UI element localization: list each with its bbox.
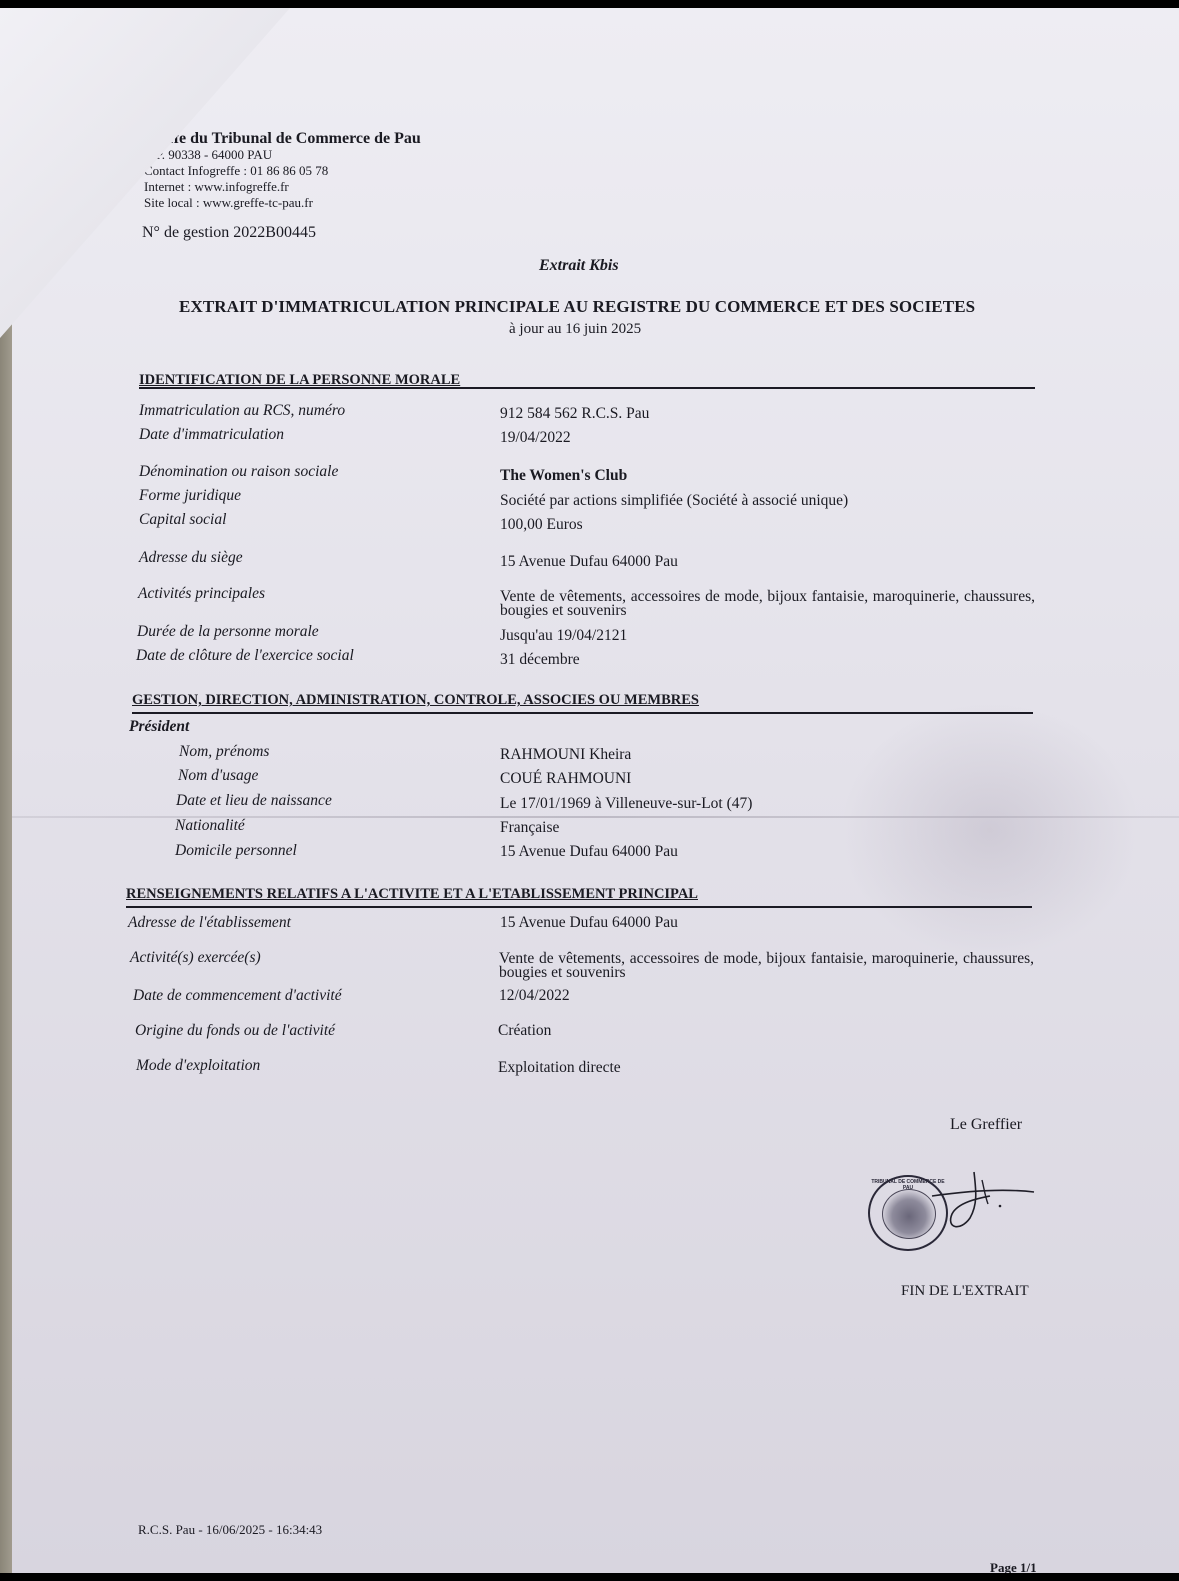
- activity-start-date: 12/04/2022: [499, 987, 570, 1005]
- greffier-label: Le Greffier: [950, 1116, 1022, 1134]
- field-label: Immatriculation au RCS, numéro: [139, 402, 345, 420]
- fiscal-year-end: 31 décembre: [500, 651, 580, 669]
- field-label: Origine du fonds ou de l'activité: [135, 1022, 335, 1040]
- field-label: Nationalité: [175, 817, 245, 835]
- president-address: 15 Avenue Dufau 64000 Pau: [500, 843, 678, 861]
- company-name: The Women's Club: [500, 467, 627, 485]
- court-name: Greffe du Tribunal de Commerce de Pau: [142, 130, 421, 148]
- field-label: Nom d'usage: [178, 767, 258, 785]
- main-activities: Vente de vêtements, accessoires de mode,…: [500, 590, 1035, 618]
- fund-origin: Création: [498, 1022, 551, 1040]
- section-activity-title: RENSEIGNEMENTS RELATIFS A L'ACTIVITE ET …: [126, 886, 698, 903]
- page-number: Page 1/1: [990, 1560, 1037, 1573]
- gestion-number: N° de gestion 2022B00445: [142, 224, 316, 242]
- field-label: Mode d'exploitation: [136, 1057, 260, 1075]
- section-rule: [126, 906, 1032, 908]
- local-site-link: Site local : www.greffe-tc-pau.fr: [144, 195, 313, 211]
- field-label: Date d'immatriculation: [139, 426, 284, 444]
- field-label: Date de commencement d'activité: [133, 987, 342, 1005]
- registration-date: 19/04/2022: [500, 429, 571, 447]
- end-of-extract: FIN DE L'EXTRAIT: [901, 1283, 1029, 1300]
- establishment-address: 15 Avenue Dufau 64000 Pau: [500, 914, 678, 932]
- head-office-address: 15 Avenue Dufau 64000 Pau: [500, 553, 678, 571]
- president-nationality: Française: [500, 819, 559, 837]
- field-label: Adresse du siège: [139, 549, 243, 567]
- president-name: RAHMOUNI Kheira: [500, 746, 631, 764]
- section-rule: [139, 387, 1035, 389]
- field-label: Activités principales: [138, 585, 265, 603]
- share-capital: 100,00 Euros: [500, 516, 583, 534]
- document-type: Extrait Kbis: [539, 257, 619, 275]
- operation-mode: Exploitation directe: [498, 1059, 621, 1077]
- activities-exercised: Vente de vêtements, accessoires de mode,…: [499, 952, 1034, 980]
- document-title: EXTRAIT D'IMMATRICULATION PRINCIPALE AU …: [179, 297, 975, 317]
- field-label: Date et lieu de naissance: [176, 792, 332, 810]
- contact-phone: Contact Infogreffe : 01 86 86 05 78: [144, 163, 328, 179]
- field-label: Capital social: [139, 511, 226, 529]
- field-label: Forme juridique: [139, 487, 241, 505]
- company-duration: Jusqu'au 19/04/2121: [500, 627, 627, 645]
- section-rule: [132, 712, 1033, 714]
- field-label: Activité(s) exercée(s): [130, 949, 261, 967]
- president-birth: Le 17/01/1969 à Villeneuve-sur-Lot (47): [500, 795, 752, 813]
- footer-stamp: R.C.S. Pau - 16/06/2025 - 16:34:43: [138, 1522, 322, 1538]
- internet-link: Internet : www.infogreffe.fr: [144, 179, 289, 195]
- president-usage-name: COUÉ RAHMOUNI: [500, 770, 631, 788]
- rcs-number: 912 584 562 R.C.S. Pau: [500, 405, 649, 423]
- field-label: Nom, prénoms: [179, 743, 269, 761]
- role-president: Président: [129, 718, 189, 736]
- field-label: Date de clôture de l'exercice social: [136, 647, 354, 665]
- field-label: Adresse de l'établissement: [128, 914, 291, 932]
- legal-form: Société par actions simplifiée (Société …: [500, 492, 848, 510]
- field-label: Domicile personnel: [175, 842, 297, 860]
- field-label: Dénomination ou raison sociale: [139, 463, 338, 481]
- document-date: à jour au 16 juin 2025: [509, 321, 641, 338]
- field-label: Durée de la personne morale: [137, 623, 319, 641]
- signature-icon: [930, 1170, 1040, 1240]
- seal-emblem-icon: [882, 1189, 936, 1239]
- shadow: [840, 700, 1140, 960]
- section-management-title: GESTION, DIRECTION, ADMINISTRATION, CONT…: [132, 692, 699, 709]
